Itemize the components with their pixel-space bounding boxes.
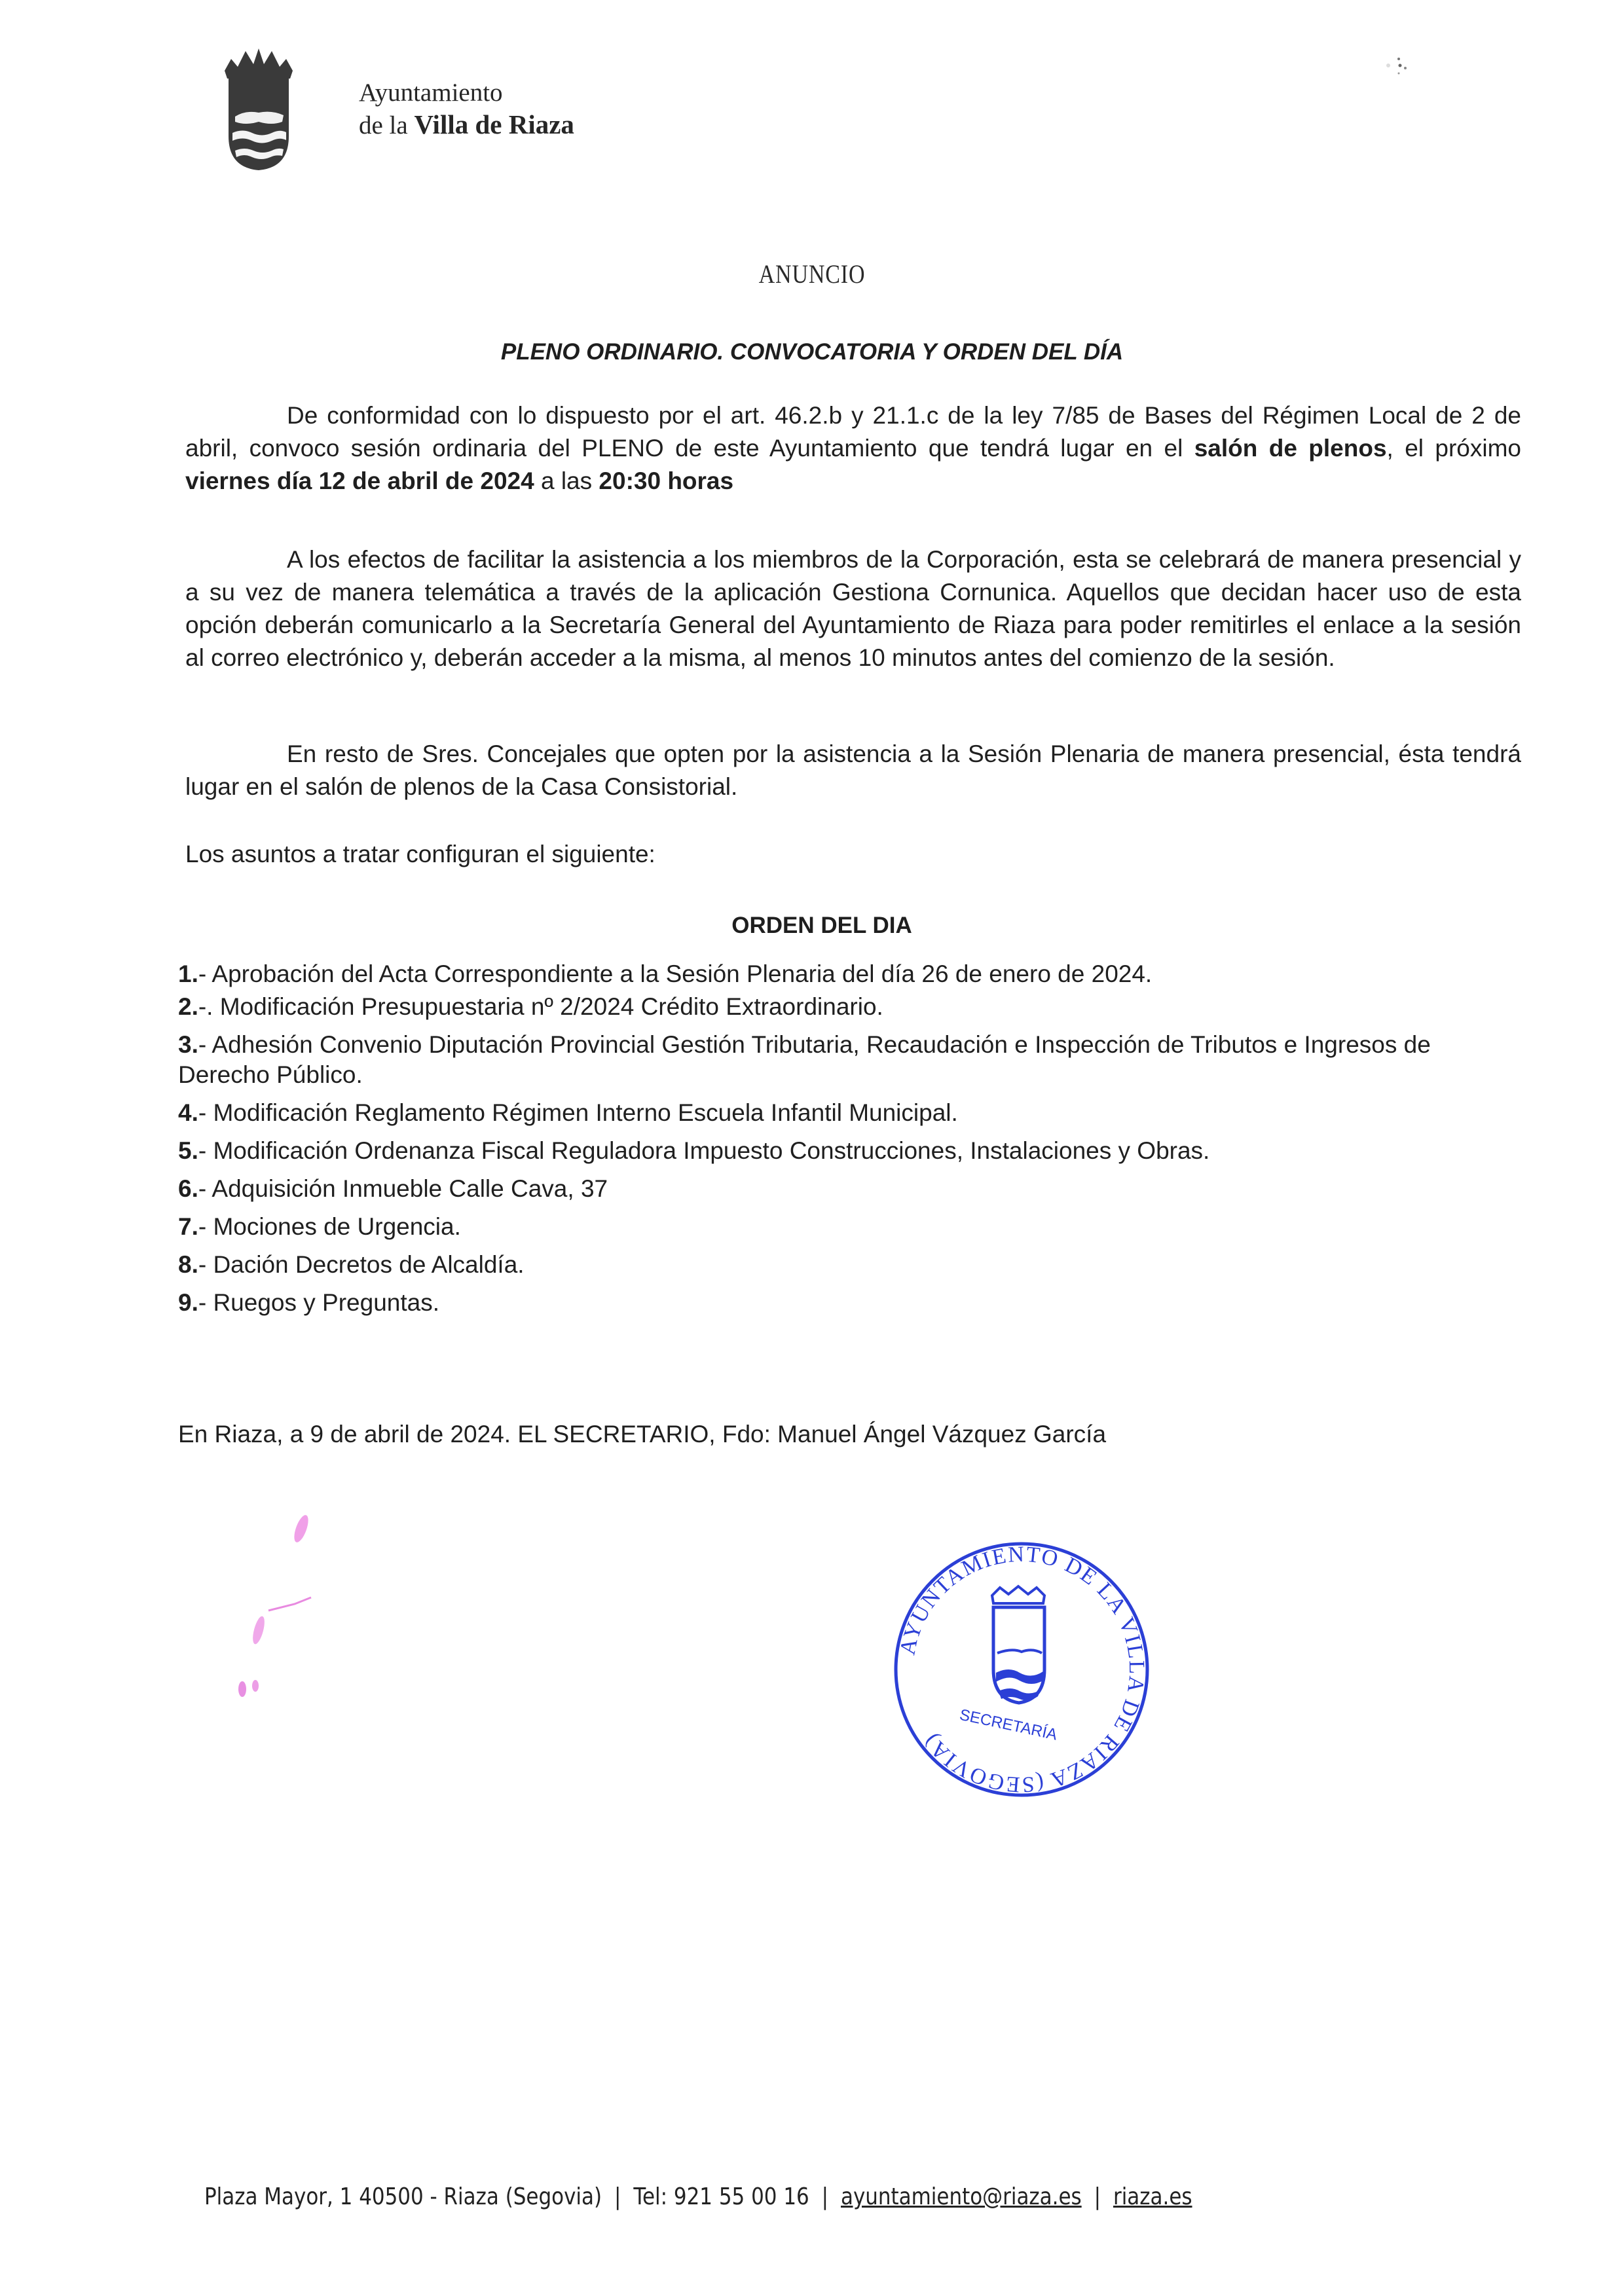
- agenda-item-text: - Mociones de Urgencia.: [198, 1213, 461, 1240]
- agenda-item-number: 5.: [178, 1137, 198, 1164]
- agenda-item-text: - Ruegos y Preguntas.: [198, 1289, 439, 1316]
- footer-contact: Plaza Mayor, 1 40500 - Riaza (Segovia)|T…: [204, 2183, 1192, 2210]
- paragraph-convocation: De conformidad con lo dispuesto por el a…: [185, 399, 1521, 498]
- footer-separator: |: [1094, 2183, 1101, 2210]
- document-title: ANUNCIO: [122, 259, 1502, 289]
- agenda-item: 8.- Dación Decretos de Alcaldía.: [178, 1250, 1488, 1280]
- agenda-item-number: 9.: [178, 1289, 198, 1316]
- agenda-item-text: - Modificación Reglamento Régimen Intern…: [198, 1099, 958, 1126]
- agenda-item: 4.- Modificación Reglamento Régimen Inte…: [178, 1098, 1488, 1128]
- agenda-heading: ORDEN DEL DIA: [0, 913, 1624, 939]
- agenda-item-number: 6.: [178, 1175, 198, 1202]
- agenda-item-number: 1.: [178, 960, 198, 987]
- text: Los asuntos a tratar configuran el sigui…: [185, 838, 1521, 871]
- agenda-item-text: - Adhesión Convenio Diputación Provincia…: [178, 1031, 1431, 1088]
- agenda-list: 1.- Aprobación del Acta Correspondiente …: [178, 959, 1488, 1326]
- footer-separator: |: [614, 2183, 621, 2210]
- document-page: Ayuntamiento de la Villa de Riaza ANUNCI…: [0, 0, 1624, 2296]
- agenda-item: 9.- Ruegos y Preguntas.: [178, 1288, 1488, 1318]
- coat-of-arms-icon: [219, 45, 298, 172]
- agenda-item-text: -. Modificación Presupuestaria nº 2/2024…: [198, 993, 883, 1020]
- stamp-center-text: SECRETARÍA: [958, 1706, 1059, 1744]
- org-line-2-bold: Villa de Riaza: [414, 109, 574, 139]
- agenda-item-text: - Dación Decretos de Alcaldía.: [198, 1251, 525, 1278]
- agenda-item-number: 2.: [178, 993, 198, 1020]
- paragraph-remote-attendance: A los efectos de facilitar la asistencia…: [185, 543, 1521, 674]
- official-stamp: AYUNTAMIENTO DE LA VILLA DE RIAZA (SEGOV…: [887, 1535, 1156, 1804]
- org-line-1: Ayuntamiento: [359, 77, 574, 109]
- text: , el próximo: [1387, 435, 1521, 462]
- agenda-item: 3.- Adhesión Convenio Diputación Provinc…: [178, 1030, 1488, 1090]
- agenda-item-number: 8.: [178, 1251, 198, 1278]
- footer-address: Plaza Mayor, 1 40500 - Riaza (Segovia): [204, 2183, 602, 2210]
- stamp-shield-icon: [992, 1586, 1044, 1703]
- agenda-item-number: 7.: [178, 1213, 198, 1240]
- agenda-item-number: 3.: [178, 1031, 198, 1058]
- text: A los efectos de facilitar la asistencia…: [185, 543, 1521, 674]
- agenda-item: 7.- Mociones de Urgencia.: [178, 1212, 1488, 1242]
- meeting-date: viernes día 12 de abril de 2024: [185, 467, 534, 494]
- meeting-time: 20:30 horas: [599, 467, 733, 494]
- agenda-item-text: - Aprobación del Acta Correspondiente a …: [198, 960, 1152, 987]
- agenda-item-text: - Modificación Ordenanza Fiscal Regulado…: [198, 1137, 1209, 1164]
- scan-artifact-icon: [1375, 46, 1428, 85]
- footer-email-link[interactable]: ayuntamiento@riaza.es: [841, 2183, 1082, 2210]
- agenda-item-text: - Adquisición Inmueble Calle Cava, 37: [198, 1175, 608, 1202]
- paragraph-intro-agenda: Los asuntos a tratar configuran el sigui…: [185, 838, 1521, 871]
- footer-phone: Tel: 921 55 00 16: [633, 2183, 809, 2210]
- document-subtitle: PLENO ORDINARIO. CONVOCATORIA Y ORDEN DE…: [0, 339, 1624, 365]
- org-line-2: de la Villa de Riaza: [359, 109, 574, 141]
- agenda-item-number: 4.: [178, 1099, 198, 1126]
- agenda-item: 1.- Aprobación del Acta Correspondiente …: [178, 959, 1488, 989]
- footer-website-link[interactable]: riaza.es: [1113, 2183, 1192, 2210]
- organization-name: Ayuntamiento de la Villa de Riaza: [359, 77, 574, 141]
- footer-separator: |: [822, 2183, 828, 2210]
- meeting-place: salón de plenos: [1194, 435, 1387, 462]
- org-line-2-prefix: de la: [359, 111, 414, 139]
- paragraph-in-person: En resto de Sres. Concejales que opten p…: [185, 738, 1521, 803]
- agenda-item: 2.-. Modificación Presupuestaria nº 2/20…: [178, 992, 1488, 1022]
- ink-marks-icon: [223, 1473, 341, 1715]
- signature-line: En Riaza, a 9 de abril de 2024. EL SECRE…: [178, 1421, 1106, 1448]
- agenda-item: 5.- Modificación Ordenanza Fiscal Regula…: [178, 1136, 1488, 1166]
- text: En resto de Sres. Concejales que opten p…: [185, 738, 1521, 803]
- agenda-item: 6.- Adquisición Inmueble Calle Cava, 37: [178, 1174, 1488, 1204]
- text: a las: [534, 467, 599, 494]
